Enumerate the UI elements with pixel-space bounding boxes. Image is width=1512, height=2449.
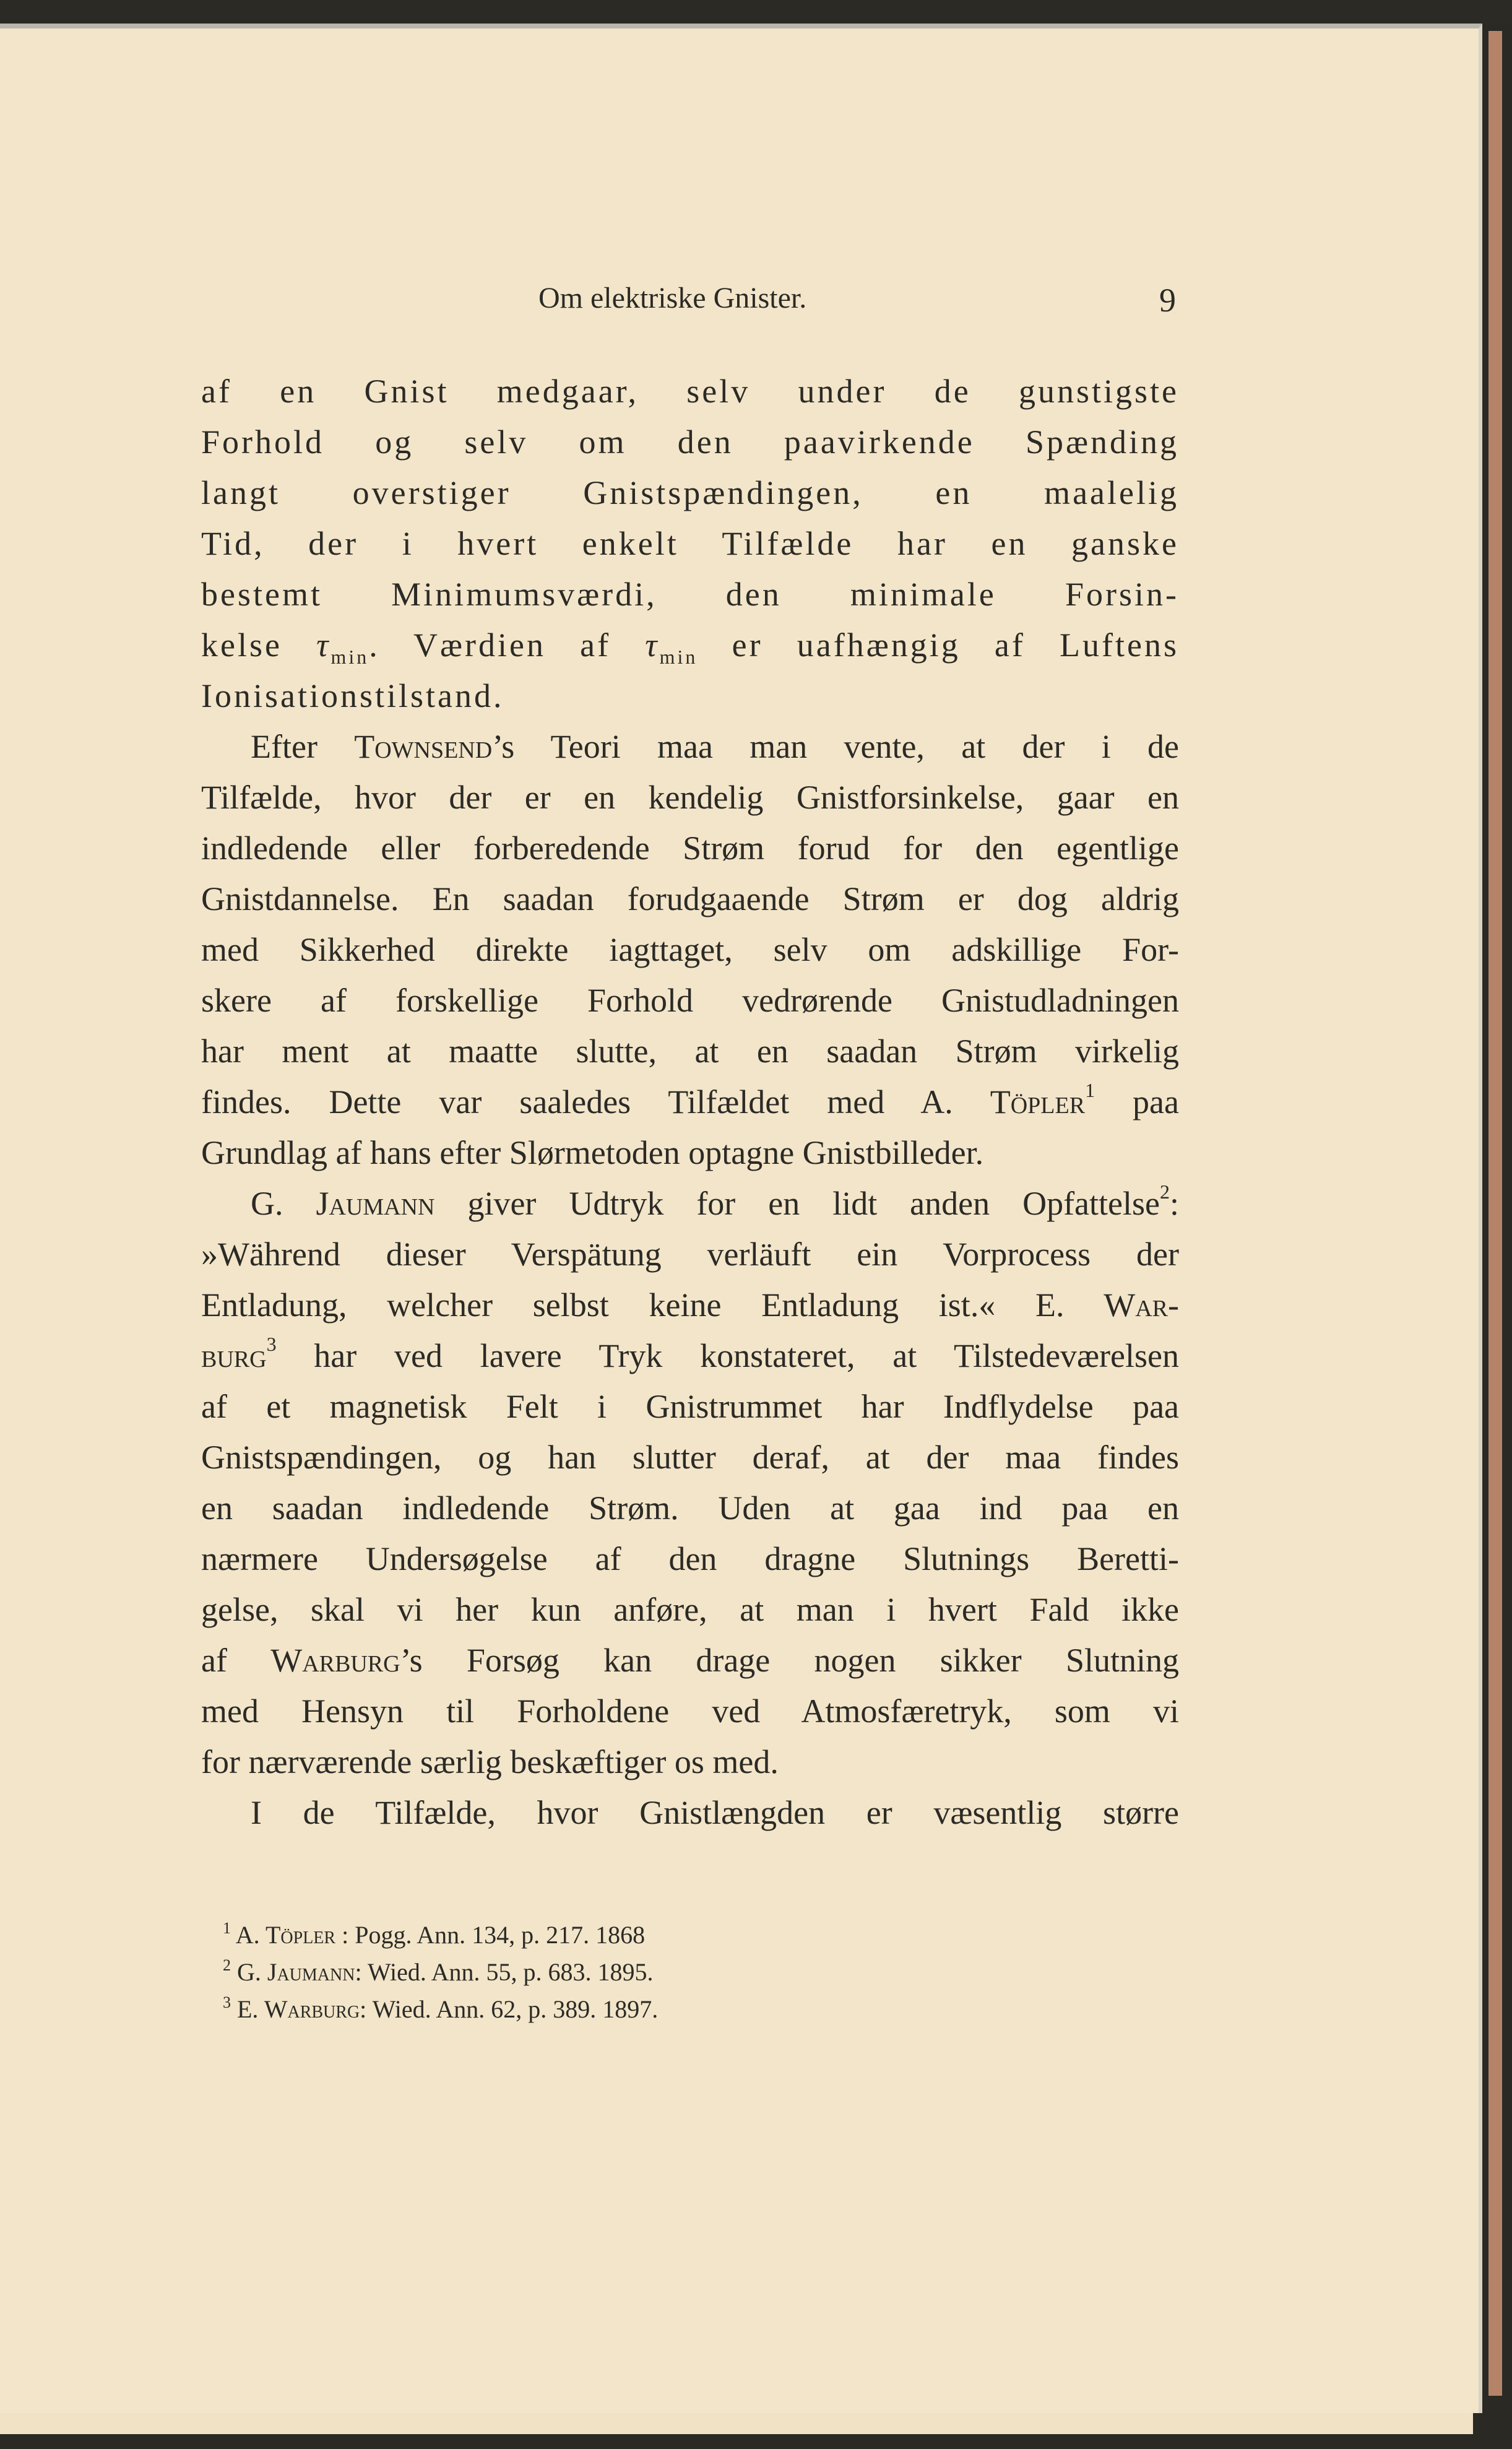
text-line: har ment at maatte slutte, at en saadan … bbox=[201, 1026, 1179, 1077]
text-line: med Hensyn til Forholdene ved Atmosfæret… bbox=[201, 1686, 1179, 1736]
footnotes: 1 A. Töpler : Pogg. Ann. 134, p. 217. 18… bbox=[223, 1917, 966, 2028]
text-line: gelse, skal vi her kun anføre, at man i … bbox=[201, 1584, 1179, 1635]
text-line: af et magnetisk Felt i Gnistrummet har I… bbox=[201, 1381, 1179, 1432]
footnote-number: 3 bbox=[223, 1993, 231, 2011]
text-line: en saadan indledende Strøm. Uden at gaa … bbox=[201, 1483, 1179, 1533]
text-line: burg3 har ved lavere Tryk konstateret, a… bbox=[201, 1330, 1179, 1381]
body-text: af en Gnist medgaar, selv under de gunst… bbox=[201, 366, 1179, 1838]
book-edge-strip bbox=[1488, 31, 1502, 2396]
author-name: Townsend bbox=[354, 728, 492, 765]
paragraph-1: af en Gnist medgaar, selv under de gunst… bbox=[201, 366, 1179, 721]
footnote-1: 1 A. Töpler : Pogg. Ann. 134, p. 217. 18… bbox=[223, 1917, 966, 1954]
text-line: for nærværende særlig beskæftiger os med… bbox=[201, 1736, 1179, 1787]
footnote-ref[interactable]: 1 bbox=[1085, 1079, 1095, 1101]
text-line: med Sikkerhed direkte iagttaget, selv om… bbox=[201, 924, 1179, 975]
running-head: Om elektriske Gnister. 9 bbox=[538, 281, 1176, 331]
footnote-3: 3 E. Warburg: Wied. Ann. 62, p. 389. 189… bbox=[223, 1991, 966, 2028]
text-line: Grundlag af hans efter Slørmetoden optag… bbox=[201, 1127, 1179, 1178]
text-line: nærmere Undersøgelse af den dragne Slutn… bbox=[201, 1533, 1179, 1584]
text-line: G. Jaumann giver Udtryk for en lidt ande… bbox=[201, 1178, 1179, 1229]
author-name: aumann bbox=[329, 1185, 434, 1222]
tau-symbol: τ bbox=[316, 626, 330, 664]
author-name: arburg bbox=[287, 1995, 360, 2023]
text-line: Entladung, welcher selbst keine Entladun… bbox=[201, 1280, 1179, 1330]
text-line: I de Tilfælde, hvor Gnistlængden er væse… bbox=[201, 1787, 1179, 1838]
page-number: 9 bbox=[1159, 281, 1176, 319]
footnote-2: 2 G. Jaumann: Wied. Ann. 55, p. 683. 189… bbox=[223, 1954, 966, 1991]
text-line: Forhold og selv om den paavirkende Spænd… bbox=[201, 417, 1179, 467]
author-name: burg bbox=[201, 1337, 267, 1374]
text-line: bestemt Minimumsværdi, den minimale Fors… bbox=[201, 569, 1179, 620]
text-line: skere af forskellige Forhold vedrørende … bbox=[201, 975, 1179, 1026]
footnote-ref[interactable]: 2 bbox=[1160, 1181, 1170, 1203]
text-line-with-tau: kelse τmin. Værdien af τmin er uafhængig… bbox=[201, 620, 1179, 670]
paragraph-2: Efter Townsend’s Teori maa man vente, at… bbox=[201, 721, 1179, 1178]
text-line: Gnistspændingen, og han slutter deraf, a… bbox=[201, 1432, 1179, 1483]
text-line: Ionisationstilstand. bbox=[201, 670, 1179, 721]
running-title: Om elektriske Gnister. bbox=[538, 281, 806, 315]
paragraph-3: G. Jaumann giver Udtryk for en lidt ande… bbox=[201, 1178, 1179, 1787]
author-name: aumann bbox=[277, 1958, 355, 1986]
author-name: ar- bbox=[1135, 1286, 1179, 1324]
author-name: arburg bbox=[302, 1642, 400, 1679]
text-line: Efter Townsend’s Teori maa man vente, at… bbox=[201, 721, 1179, 772]
text-line: Gnistdannelse. En saadan forudgaaende St… bbox=[201, 873, 1179, 924]
text-line: findes. Dette var saaledes Tilfældet med… bbox=[201, 1077, 1179, 1127]
paragraph-4: I de Tilfælde, hvor Gnistlængden er væse… bbox=[201, 1787, 1179, 1838]
footnote-number: 2 bbox=[223, 1956, 231, 1974]
scan-backdrop-top bbox=[0, 0, 1512, 25]
author-name: öpler bbox=[280, 1921, 335, 1949]
text-line: »Während dieser Verspätung verläuft ein … bbox=[201, 1229, 1179, 1280]
author-name: öpler bbox=[1011, 1083, 1085, 1120]
book-page: Om elektriske Gnister. 9 af en Gnist med… bbox=[0, 24, 1482, 2413]
text-line: Tid, der i hvert enkelt Tilfælde har en … bbox=[201, 518, 1179, 569]
text-line: indledende eller forberedende Strøm foru… bbox=[201, 823, 1179, 873]
text-line: af en Gnist medgaar, selv under de gunst… bbox=[201, 366, 1179, 417]
tau-symbol: τ bbox=[645, 626, 659, 664]
text-line: langt overstiger Gnistspændingen, en maa… bbox=[201, 467, 1179, 518]
text-line: af Warburg’s Forsøg kan drage nogen sikk… bbox=[201, 1635, 1179, 1686]
footnote-ref[interactable]: 3 bbox=[267, 1333, 277, 1355]
text-line: Tilfælde, hvor der er en kendelig Gnistf… bbox=[201, 772, 1179, 823]
footnote-number: 1 bbox=[223, 1919, 231, 1937]
